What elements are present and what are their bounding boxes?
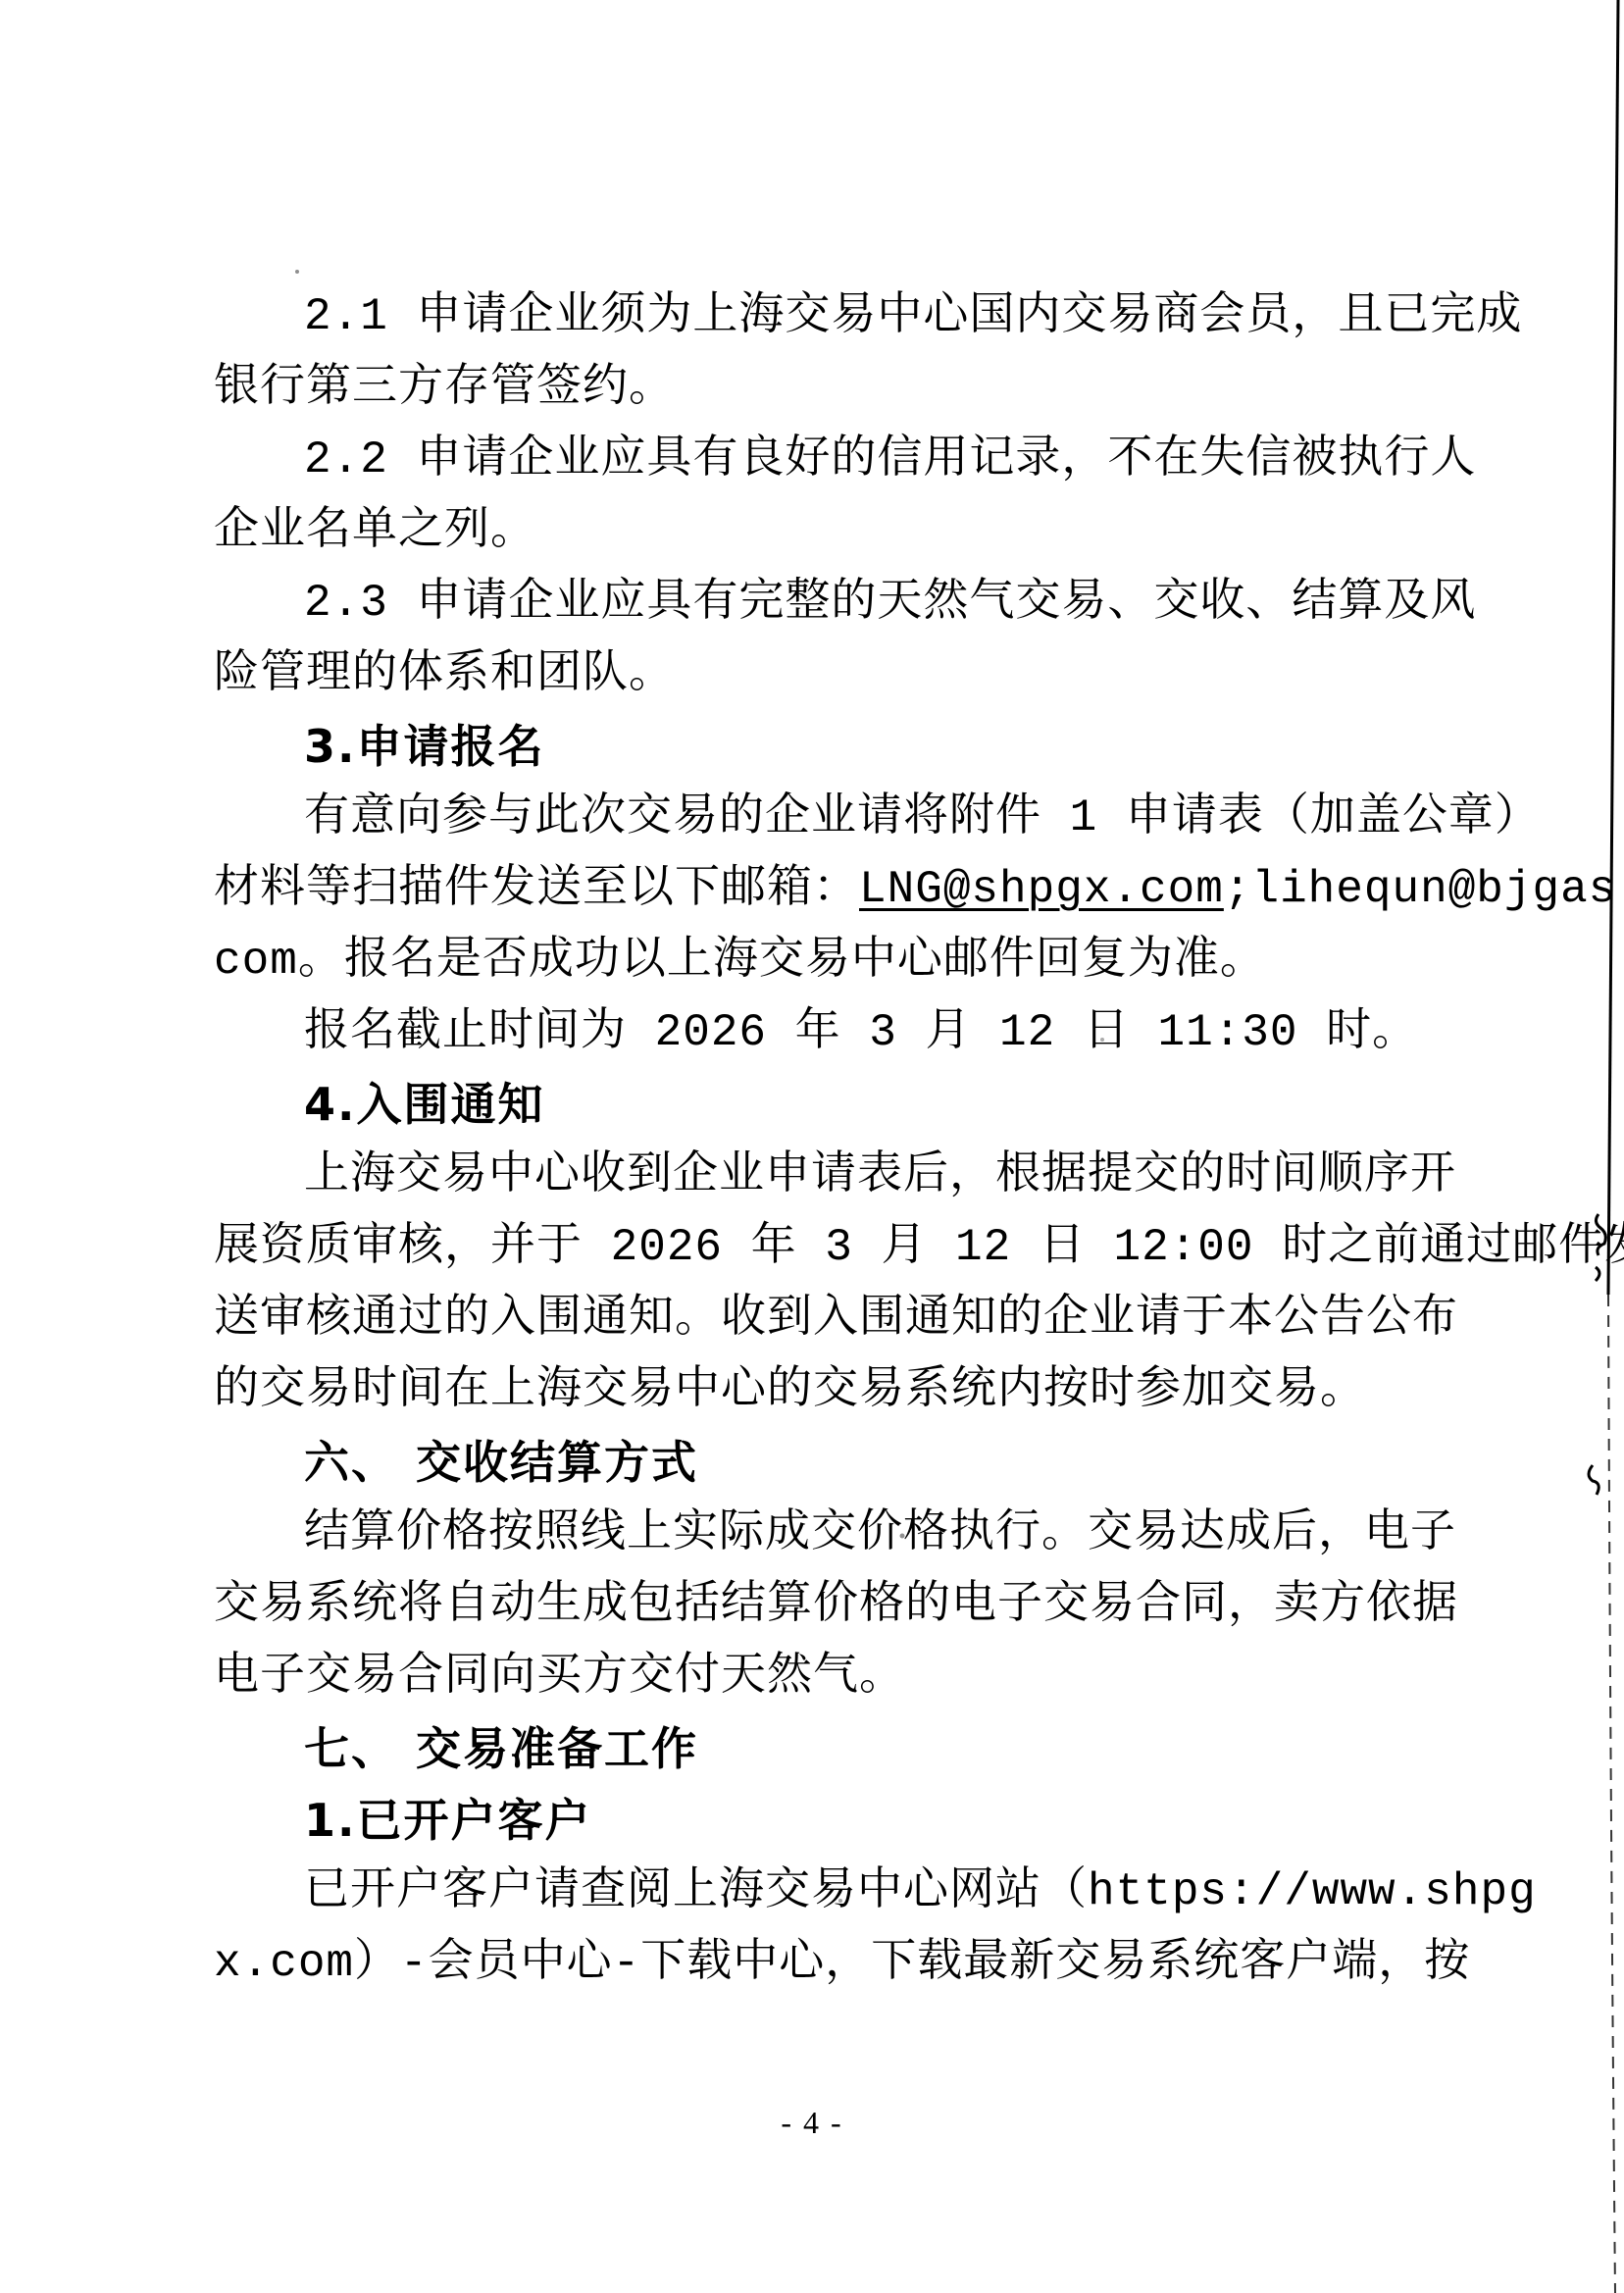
email-line-prefix: 材料等扫描件发送至以下邮箱： (214, 864, 859, 915)
paragraph-line: 展资质审核，并于 2026 年 3 月 12 日 12:00 时之前通过邮件发 (214, 1212, 1449, 1284)
section-heading: 4.入围通知 (214, 1069, 1449, 1141)
paragraph-line: com。报名是否成功以上海交易中心邮件回复为准。 (214, 926, 1449, 997)
paragraph-line: 险管理的体系和团队。 (214, 639, 1449, 711)
paragraph-line: 企业名单之列。 (214, 496, 1449, 568)
paragraph-line: 2.2 申请企业应具有良好的信用记录，不在失信被执行人 (214, 425, 1449, 496)
paragraph-line: 银行第三方存管签约。 (214, 353, 1449, 425)
section-heading: 1.已开户客户 (214, 1785, 1449, 1857)
paragraph-line: 2.1 申请企业须为上海交易中心国内交易商会员，且已完成 (214, 281, 1449, 353)
email-link[interactable]: LNG@shpgx.com (859, 864, 1224, 915)
paragraph-line: 有意向参与此次交易的企业请将附件 1 申请表（加盖公章） (214, 783, 1449, 854)
paragraph-line: 2.3 申请企业应具有完整的天然气交易、交收、结算及风 (214, 568, 1449, 639)
paragraph-line: 送审核通过的入围通知。收到入围通知的企业请于本公告公布 (214, 1284, 1449, 1355)
paragraph-line: 结算价格按照线上实际成交价格执行。交易达成后，电子 (214, 1499, 1449, 1570)
ink-smudge (1589, 1465, 1599, 1495)
paragraph-line-email: 材料等扫描件发送至以下邮箱：LNG@shpgx.com;lihequn@bjga… (214, 854, 1449, 926)
paragraph-line: 已开户客户请查阅上海交易中心网站（https://www.shpg (214, 1857, 1449, 1928)
paragraph-line: 电子交易合同向买方交付天然气。 (214, 1642, 1449, 1713)
document-page: 2.1 申请企业须为上海交易中心国内交易商会员，且已完成 银行第三方存管签约。 … (0, 0, 1624, 2293)
document-body: 2.1 申请企业须为上海交易中心国内交易商会员，且已完成 银行第三方存管签约。 … (214, 281, 1449, 2000)
paragraph-line: 交易系统将自动生成包括结算价格的电子交易合同，卖方依据 (214, 1570, 1449, 1642)
paragraph-line: 的交易时间在上海交易中心的交易系统内按时参加交易。 (214, 1355, 1449, 1427)
scan-speck (295, 270, 299, 274)
section-heading: 七、 交易准备工作 (214, 1713, 1449, 1785)
paragraph-line: 报名截止时间为 2026 年 3 月 12 日 11:30 时。 (214, 997, 1449, 1069)
paragraph-line: 上海交易中心收到企业申请表后，根据提交的时间顺序开 (214, 1141, 1449, 1212)
page-number: - 4 - (0, 2105, 1624, 2141)
email-line-suffix: ;lihequn@bjgas. (1224, 864, 1624, 915)
section-heading: 六、 交收结算方式 (214, 1427, 1449, 1499)
paragraph-line: x.com）-会员中心-下载中心，下载最新交易系统客户端，按 (214, 1928, 1449, 2000)
section-heading: 3.申请报名 (214, 711, 1449, 783)
